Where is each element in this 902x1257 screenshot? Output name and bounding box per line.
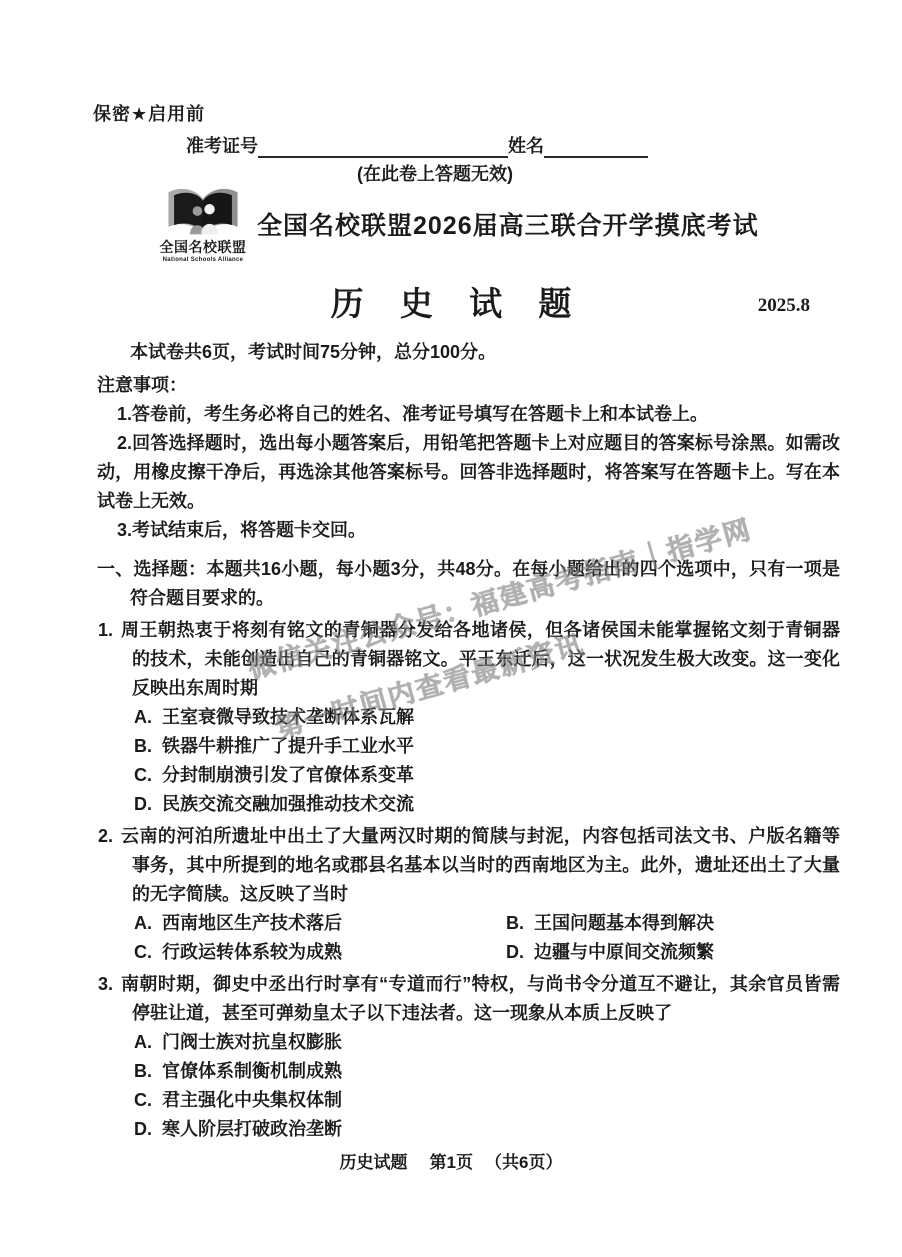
question-2-option-b: B.王国问题基本得到解决 [493, 909, 840, 938]
paper-body: 本试卷共6页，考试时间75分钟，总分100分。 注意事项： 1.答卷前，考生务必… [97, 338, 840, 1144]
footer-subject: 历史试题 [340, 1153, 408, 1172]
question-2-option-c: C.行政运转体系较为成熟 [121, 938, 493, 967]
footer-page-total: （共6页） [485, 1153, 562, 1172]
question-1-stem: 周王朝热衷于将刻有铭文的青铜器分发给各地诸侯，但各诸侯国未能掌握铭文刻于青铜器的… [121, 616, 840, 703]
question-2-option-a: A.西南地区生产技术落后 [121, 909, 493, 938]
notice-item-2: 2.回答选择题时，选出每小题答案后，用铅笔把答题卡上对应题目的答案标号涂黑。如需… [97, 429, 840, 516]
logo-name-en: National Schools Alliance [154, 257, 252, 263]
alliance-logo: 全国名校联盟 National Schools Alliance [154, 184, 252, 263]
question-2-number: 2. [98, 822, 121, 967]
question-3-option-a: A.门阀士族对抗皇权膨胀 [121, 1028, 840, 1057]
question-3: 3. 南朝时期，御史中丞出行时享有“专道而行”特权，与尚书令分道互不避让，其余官… [97, 970, 840, 1144]
question-2-options: A.西南地区生产技术落后 B.王国问题基本得到解决 C.行政运转体系较为成熟 D… [121, 909, 840, 967]
subject-row: 历 史 试 题 2025.8 [0, 278, 902, 325]
title-row: 全国名校联盟 National Schools Alliance 全国名校联盟2… [154, 184, 759, 263]
exam-date: 2025.8 [758, 295, 810, 317]
name-label: 姓名 [508, 136, 544, 156]
section-title: 一、选择题：本题共16小题，每小题3分，共48分。在每小题给出的四个选项中，只有… [97, 555, 840, 613]
paper-info: 本试卷共6页，考试时间75分钟，总分100分。 [97, 338, 840, 367]
exam-title: 全国名校联盟2026届高三联合开学摸底考试 [257, 206, 759, 242]
invalid-answer-note: (在此卷上答题无效) [0, 160, 870, 186]
question-3-option-d: D.寒人阶层打破政治垄断 [121, 1115, 840, 1144]
question-1-option-d: D.民族交流交融加强推动技术交流 [121, 790, 840, 819]
notice-item-1: 1.答卷前，考生务必将自己的姓名、准考证号填写在答题卡上和本试卷上。 [97, 400, 840, 429]
candidate-info-row: 准考证号姓名 [186, 132, 648, 158]
question-3-option-b: B.官僚体系制衡机制成熟 [121, 1057, 840, 1086]
question-1-option-c: C.分封制崩溃引发了官僚体系变革 [121, 761, 840, 790]
name-blank [544, 138, 648, 158]
question-1-option-b: B.铁器牛耕推广了提升手工业水平 [121, 732, 840, 761]
exam-no-blank [258, 138, 508, 158]
question-1-number: 1. [98, 616, 121, 819]
exam-no-label: 准考证号 [186, 136, 258, 156]
question-3-option-c: C.君主强化中央集权体制 [121, 1086, 840, 1115]
question-2-option-d: D.边疆与中原间交流频繁 [493, 938, 840, 967]
question-2: 2. 云南的河泊所遗址中出土了大量两汉时期的简牍与封泥，内容包括司法文书、户版名… [97, 822, 840, 967]
question-1-options: A.王室衰微导致技术垄断体系瓦解 B.铁器牛耕推广了提升手工业水平 C.分封制崩… [121, 703, 840, 819]
question-2-stem: 云南的河泊所遗址中出土了大量两汉时期的简牍与封泥，内容包括司法文书、户版名籍等事… [121, 822, 840, 909]
page-footer: 历史试题第1页（共6页） [0, 1148, 902, 1173]
question-1: 1. 周王朝热衷于将刻有铭文的青铜器分发给各地诸侯，但各诸侯国未能掌握铭文刻于青… [97, 616, 840, 819]
open-book-icon [160, 184, 246, 240]
subject-title: 历 史 试 题 [317, 278, 586, 325]
logo-name-cn: 全国名校联盟 [154, 237, 252, 257]
footer-page-number: 第1页 [430, 1153, 473, 1172]
notice-item-3: 3.考试结束后，将答题卡交回。 [97, 516, 840, 545]
question-3-number: 3. [98, 970, 121, 1144]
security-label: 保密★启用前 [93, 100, 205, 126]
exam-paper-page: 保密★启用前 准考证号姓名 (在此卷上答题无效) 全国名校联盟 National… [0, 0, 902, 1257]
question-1-option-a: A.王室衰微导致技术垄断体系瓦解 [121, 703, 840, 732]
question-3-stem: 南朝时期，御史中丞出行时享有“专道而行”特权，与尚书令分道互不避让，其余官员皆需… [121, 970, 840, 1028]
question-3-options: A.门阀士族对抗皇权膨胀 B.官僚体系制衡机制成熟 C.君主强化中央集权体制 D… [121, 1028, 840, 1144]
notice-title: 注意事项： [97, 371, 840, 400]
